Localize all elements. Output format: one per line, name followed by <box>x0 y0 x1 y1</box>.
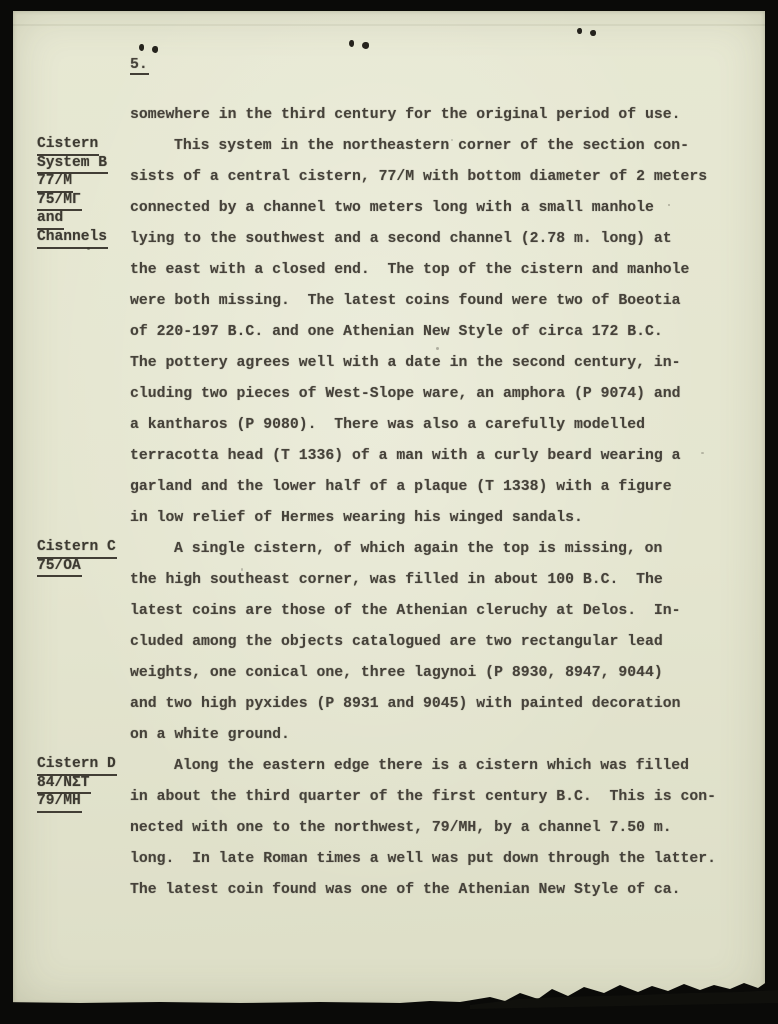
ink-dot <box>152 46 158 53</box>
ink-dot <box>362 42 369 49</box>
text-line: a kantharos (P 9080). There was also a c… <box>130 410 755 441</box>
margin-note-line: 84/ΝΣΤ <box>37 774 91 795</box>
margin-note-line: Cistern <box>37 135 99 156</box>
margin-note-row: 79/ΜΗ <box>37 792 133 811</box>
text-line: lying to the southwest and a second chan… <box>130 224 755 255</box>
text-line: the east with a closed end. The top of t… <box>130 255 755 286</box>
body-text-column: somewhere in the third century for the o… <box>130 100 755 906</box>
paper-crease <box>13 24 765 26</box>
text-line: latest coins are those of the Athenian c… <box>130 596 755 627</box>
text-line: cluding two pieces of West-Slope ware, a… <box>130 379 755 410</box>
margin-note-row: Cistern C <box>37 538 133 557</box>
ink-dot <box>349 40 354 47</box>
ink-dot <box>139 44 144 51</box>
text-line: The latest coin found was one of the Ath… <box>130 875 755 906</box>
margin-note-row: 77/M <box>37 172 133 191</box>
margin-note-row: Cistern D <box>37 755 133 774</box>
paragraph: Cistern C75/OAA single cistern, of which… <box>130 534 755 751</box>
text-line: A single cistern, of which again the top… <box>130 534 755 565</box>
text-line: long. In late Roman times a well was put… <box>130 844 755 875</box>
paragraph: Cistern D84/ΝΣΤ79/ΜΗAlong the eastern ed… <box>130 751 755 906</box>
margin-note-line: 75/OA <box>37 557 82 578</box>
text-line: The pottery agrees well with a date in t… <box>130 348 755 379</box>
margin-note: Cistern C75/OA <box>37 538 133 575</box>
text-line: terracotta head (T 1336) of a man with a… <box>130 441 755 472</box>
margin-note-row: System B <box>37 154 133 173</box>
margin-note-line: 77/M <box>37 172 73 193</box>
margin-note-line: Cistern D <box>37 755 117 776</box>
text-line: Along the eastern edge there is a cister… <box>130 751 755 782</box>
text-line: This system in the northeastern corner o… <box>130 131 755 162</box>
paragraph: somewhere in the third century for the o… <box>130 100 755 131</box>
text-line: were both missing. The latest coins foun… <box>130 286 755 317</box>
text-line: weights, one conical one, three lagynoi … <box>130 658 755 689</box>
margin-note-row: 84/ΝΣΤ <box>37 774 133 793</box>
page-number: 5. <box>130 57 149 75</box>
margin-note-line: 79/ΜΗ <box>37 792 82 813</box>
scan-background: 5. somewhere in the third century for th… <box>0 0 778 1024</box>
ink-dot <box>577 28 582 34</box>
text-line: and two high pyxides (P 8931 and 9045) w… <box>130 689 755 720</box>
text-line: garland and the lower half of a plaque (… <box>130 472 755 503</box>
document-page: 5. somewhere in the third century for th… <box>13 11 765 1004</box>
margin-note-row: 75/OA <box>37 557 133 576</box>
text-line: sists of a central cistern, 77/M with bo… <box>130 162 755 193</box>
margin-note-row: and <box>37 209 133 228</box>
ink-dot <box>590 30 596 36</box>
margin-note-row: Channels <box>37 228 133 247</box>
text-line: somewhere in the third century for the o… <box>130 100 755 131</box>
text-line: nected with one to the northwest, 79/MH,… <box>130 813 755 844</box>
margin-note-line: 75/ΜΓ <box>37 191 82 212</box>
text-line: the high southeast corner, was filled in… <box>130 565 755 596</box>
margin-note-row: Cistern <box>37 135 133 154</box>
torn-bottom-edge <box>0 975 778 1024</box>
margin-note: Cistern D84/ΝΣΤ79/ΜΗ <box>37 755 133 811</box>
text-line: on a white ground. <box>130 720 755 751</box>
text-line: cluded among the objects catalogued are … <box>130 627 755 658</box>
margin-note: CisternSystem B77/M75/ΜΓandChannels <box>37 135 133 247</box>
margin-note-line: Channels <box>37 228 108 249</box>
margin-note-line: System B <box>37 154 108 175</box>
text-line: connected by a channel two meters long w… <box>130 193 755 224</box>
margin-note-line: Cistern C <box>37 538 117 559</box>
text-line: of 220-197 B.C. and one Athenian New Sty… <box>130 317 755 348</box>
margin-note-row: 75/ΜΓ <box>37 191 133 210</box>
margin-note-line: and <box>37 209 64 230</box>
paragraph: CisternSystem B77/M75/ΜΓandChannelsThis … <box>130 131 755 534</box>
page-number-text: 5. <box>130 57 149 75</box>
text-line: in low relief of Hermes wearing his wing… <box>130 503 755 534</box>
text-line: in about the third quarter of the first … <box>130 782 755 813</box>
